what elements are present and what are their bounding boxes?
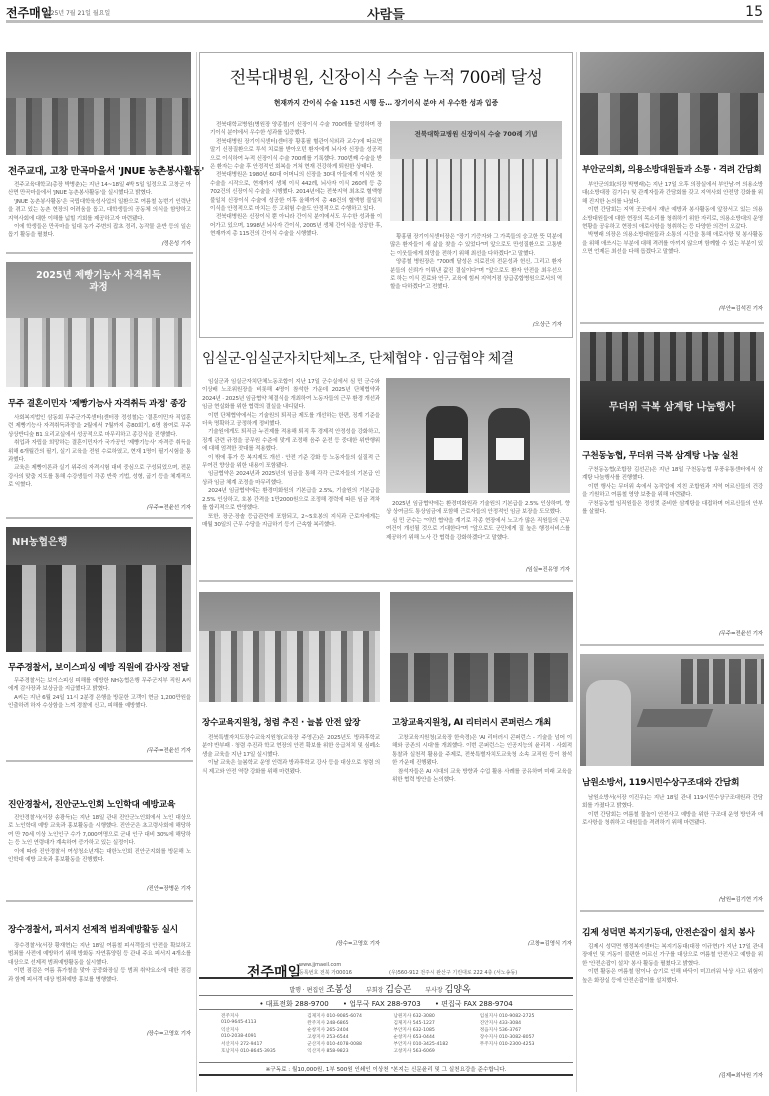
branch-entry: 익산지사 858-9823 — [307, 1048, 393, 1055]
article-body: 구천동농협(조합장 김선곤)은 지난 18일 구천동농협 무풍유통센터에서 삼계… — [582, 466, 763, 626]
photo-banner-text: NH농협은행 — [12, 533, 67, 548]
feature-subheadline: 현재까지 간이식 수술 115건 시행 등… 장기이식 분야 서 우수한 성과 … — [200, 97, 572, 107]
byline: /남원=김기현 기자 — [582, 896, 763, 905]
byline: /진안=장병운 기자 — [8, 885, 191, 894]
page-number: 15 — [745, 4, 763, 20]
article-headline: 고창교육지원청, AI 리터러시 콘퍼런스 개최 — [392, 716, 551, 728]
photo-banner-text: 전북대학교병원 신장이식 수술 700례 기념 — [390, 129, 562, 138]
branch-entry: 010-9645-4113 — [221, 1020, 307, 1027]
colophon: 전주매일 www.jjmaeil.com 등록번호 전북 가00016 (우)5… — [199, 958, 573, 1078]
article-paragraph: 또한, 장군·장솔 등급관련에 포함되고, 2~5호봉의 지식과 근로자에게는 … — [202, 513, 380, 530]
article-photo — [390, 592, 573, 702]
article-separator — [199, 580, 573, 582]
branch-entry: 순창지사 265-2404 — [307, 1027, 393, 1034]
byline: /무주=전윤선 기자 — [8, 504, 191, 513]
column-divider — [576, 52, 577, 1092]
main-phone: • 대표전화 288-9700 — [259, 1000, 328, 1008]
publisher-name: 조봉성 — [326, 985, 352, 995]
article-paragraph: 전북대병원은 1980년 60대 어머니의 신장을 30대 아들에게 이식한 첫… — [210, 171, 382, 213]
conference-table — [637, 709, 714, 727]
branch-office-list: 전주지사 김제지사 010-9085-6074 남원지사 632-3080 임실… — [221, 1013, 566, 1055]
article-paragraph: 전북특별자치도장수교육지원청(교육장 주영곤)은 2025년도 방과후학교 분야… — [202, 734, 380, 759]
article-photo: 2025년 제빵기능사 자격취득 과정 — [6, 262, 191, 387]
event-attendees — [580, 332, 764, 381]
article-paragraph: 이에 학생들은 만곡마을 일대 농가 주변의 잡초 정리, 농작물 운반 등의 … — [8, 223, 191, 240]
column-divider — [196, 52, 197, 1092]
vice-president-label: 부사장 — [425, 987, 442, 994]
article-paragraph: 2025년 임금협약에는 환경미화원과 기술원의 기본급을 2.5% 인상하며,… — [386, 500, 570, 517]
colophon-rule — [199, 977, 573, 979]
article-paragraph: 황홍필 장기이식센터장은 "장기 기증자와 그 가족들의 숭고한 뜻 덕분에 많… — [390, 233, 562, 258]
article-photo — [580, 52, 764, 155]
branch-entry: 김제지사 545-1227 — [394, 1020, 480, 1027]
article-headline: 전주교대, 고창 만곡마을서 'JNUE 농촌봉사활동' — [8, 163, 204, 177]
branch-entry: 익산지사 — [221, 1027, 307, 1034]
article-paragraph: 사회복지법인 삼동회 무주군가족센터(센터장 정성철)는 '결혼이민자 직업훈련… — [8, 414, 191, 439]
phone-numbers: • 대표전화 288-9700 • 업무국 FAX 288-9703 • 편집국… — [199, 999, 573, 1009]
article-paragraph: 이번 간담회는 지역 곳곳에서 재난 예방과 봉사활동에 앞장서고 있는 의용소… — [582, 206, 763, 231]
article-paragraph: 전북대병원 장기이식센터(센터장 황홍필 혈관이식외과 교수)에 따르면 말기 … — [210, 138, 382, 172]
branch-entry: 순창지사 653-0444 — [394, 1034, 480, 1041]
article-paragraph: 이번 간담회는 여름철 물놀이 안전사고 예방을 위한 구조대 운영 방안과 애… — [582, 811, 763, 828]
subscription-footer: ※구독료 : 월10,000원, 1부 500원 인쇄인 이상천 "본지는 신문… — [199, 1065, 573, 1073]
article-body: 사회복지법인 삼동회 무주군가족센터(센터장 정성철)는 '결혼이민자 직업훈련… — [8, 414, 191, 506]
branch-entry: 호남지사 010-8645-3935 — [221, 1048, 307, 1055]
lead-body-left: 임실군과 임실군자치단체노동조합이 지난 17일 군수실에서 심 민 군수와 이… — [202, 378, 380, 578]
article-paragraph: 심 민 군수는 "이번 협약을 계기로 각종 현장에서 노고가 많은 직원들의 … — [386, 517, 570, 542]
byline: /김제=최낙원 기자 — [582, 1072, 763, 1081]
article-photo: NH농협은행 — [6, 527, 191, 652]
colophon-logo: 전주매일 — [247, 962, 301, 982]
registration-number: 등록번호 전북 가00016 — [299, 969, 352, 976]
branch-entry: 김제지사 010-9085-6074 — [307, 1013, 393, 1020]
feature-body-left: 전북대학교병원(병원장 양종철)이 신장이식 수술 700례를 달성하며 장기이… — [210, 121, 382, 329]
branch-entry: 부안지사 010-3425-4182 — [394, 1041, 480, 1048]
byline: /무주=전윤선 기자 — [8, 747, 191, 756]
article-separator — [580, 644, 764, 646]
byline: /고창=김영식 기자 — [392, 940, 572, 949]
article-body: 무주경찰서는 보이스피싱 피해를 예방한 NH농협은행 무주군지부 직원 A씨에… — [8, 677, 191, 750]
feature-photo: 전북대학교병원 신장이식 수술 700례 기념 — [390, 121, 562, 221]
branch-entry: 무주지사 010-2300-4253 — [480, 1041, 566, 1048]
photo-banner-text: 2025년 제빵기능사 자격취득 과정 — [6, 270, 191, 294]
article-paragraph: 기술원에게도 퇴직금 누진제를 적용해 퇴직 후 경제적 안정성을 강화하고, … — [202, 428, 380, 453]
person-seated — [586, 680, 631, 766]
article-body: 남원소방서(서장 이진우)는 지난 18일 관내 119시민수상구조대원과 간담… — [582, 794, 763, 899]
branch-entry: 진안지사 433-3084 — [480, 1020, 566, 1027]
article-headline: 김제 성덕면 복지기동대, 안전손잡이 설치 봉사 — [582, 925, 755, 938]
feature-article-box: 전북대병원, 신장이식 수술 누적 700례 달성 현재까지 간이식 수술 11… — [199, 52, 573, 338]
article-paragraph: 장수경찰서(서장 황재현)는 지난 18일 여름철 피서객들의 안전을 확보하고… — [8, 942, 191, 967]
group-photo-people — [390, 159, 562, 221]
article-headline: 장수경찰서, 피서지 선제적 범죄예방활동 실시 — [8, 922, 178, 935]
branch-entry: 부안지사 632-1085 — [394, 1027, 480, 1034]
article-headline: 장수교육지원청, 청렴 추진 · 늘봄 안전 앞장 — [202, 716, 360, 728]
article-paragraph: 이번 점검은 여름 휴가철을 맞아 공중화장실 등 범죄 취약요소에 대한 점검… — [8, 967, 191, 984]
article-paragraph: 김제시 성덕면 행정복지센터는 복지기동대(대장 이규현)가 지난 17일 관내… — [582, 943, 763, 968]
article-paragraph: 이번 행사는 무더위 속에서 농작업에 지친 조합원과 지역 어르신들의 건강을… — [582, 483, 763, 500]
byline: /무주=전윤선 기자 — [582, 630, 763, 639]
article-paragraph: 진안경찰서(서장 송광득)는 지난 18일 관내 진안군노인회에서 노인 대상으… — [8, 814, 191, 848]
article-photo — [199, 592, 380, 702]
officers: 발행 · 편집인 조봉성 부회장 김승곤 부사장 김양옥 — [199, 982, 573, 995]
article-paragraph: 취업과 자립을 희망하는 결혼이민자가 국가공인 '제빵기능사' 자격증 취득을… — [8, 439, 191, 464]
article-photo — [6, 52, 191, 155]
article-paragraph: 양종철 병원장은 "700례 달성은 의료진의 전문성과 헌신, 그리고 환자분… — [390, 258, 562, 292]
group-photo-people — [199, 631, 380, 703]
branch-entry: 남원지사 632-3080 — [394, 1013, 480, 1020]
business-fax: • 업무국 FAX 288-9703 — [343, 1000, 421, 1008]
vice-chair-name: 김승곤 — [385, 985, 411, 995]
article-separator — [580, 322, 764, 324]
rescue-team-members — [681, 659, 764, 704]
article-headline: 부안군의회, 의용소방대원들과 소통 · 격려 간담회 — [582, 163, 761, 175]
article-paragraph: 이에 따라 진안경찰서 여성청소년계는 대한노인회 진안군지회를 방문해 노인학… — [8, 848, 191, 865]
address: (우)560-912 전주시 완산구 기린대로 222 4층 (서노송동) — [389, 969, 517, 976]
article-photo — [580, 654, 764, 766]
colophon-rule — [199, 1074, 573, 1076]
article-headline: 구천동농협, 무더위 극복 삼계탕 나눔 실천 — [582, 448, 738, 461]
article-separator — [580, 910, 764, 912]
issue-date: 2025년 7월 21일 월요일 — [43, 8, 110, 17]
byline: /장수=고영호 기자 — [8, 1030, 191, 1039]
branch-entry: 고창지사 253-6544 — [307, 1034, 393, 1041]
group-photo-people — [6, 318, 191, 387]
article-body: 김제시 성덕면 행정복지센터는 복지기동대(대장 이규현)가 지난 17일 관내… — [582, 943, 763, 1073]
colophon-rule — [199, 1062, 573, 1063]
article-paragraph: 구천동농협(조합장 김선곤)은 지난 18일 구천동농협 무풍유통센터에서 삼계… — [582, 466, 763, 483]
lead-headline: 임실군-임실군자치단체노조, 단체협약 · 임금협약 체결 — [202, 348, 514, 368]
article-paragraph: 전북대병원은 신장이식 뿐 아니라 간이식 분야에서도 우수한 성과를 이어가고… — [210, 213, 382, 238]
branch-entry: 정읍지사 536-3767 — [480, 1027, 566, 1034]
article-headline: 무주경찰서, 보이스피싱 예방 직원에 감사장 전달 — [8, 660, 189, 673]
byline: /정은성 기자 — [8, 240, 191, 249]
colophon-rule — [199, 1009, 573, 1010]
article-paragraph: 참석자들은 AI 시대의 교육 방향과 수업 활용 사례를 공유하며 미래 교육… — [392, 768, 572, 785]
article-separator — [6, 252, 193, 254]
byline: /오상근 기자 — [390, 321, 562, 330]
agreement-document — [496, 438, 524, 460]
byline: /장수=고영호 기자 — [202, 940, 380, 949]
editorial-fax: • 편집국 FAX 288-9704 — [435, 1000, 513, 1008]
article-separator — [6, 517, 193, 519]
branch-entry: 전주지사 — [221, 1013, 307, 1020]
branch-entry — [480, 1048, 566, 1055]
colophon-rule — [199, 995, 573, 996]
article-paragraph: 박병래 의장은 의용소방대원들과 소통의 시간을 통해 애로사항 및 봉사활동을… — [582, 231, 763, 256]
branch-entry: 010-2038-4091 — [221, 1034, 307, 1041]
photo-banner-text: 무더위 극복 삼계탕 나눔행사 — [580, 398, 764, 413]
article-paragraph: 임금협약은 2024년과 2025년의 임금을 통해 각각 근로자들의 기본급 … — [202, 470, 380, 487]
article-paragraph: 'JNUE 농촌봉사활동'은 국립대학육성사업의 일환으로 여름철 농번기 인력… — [8, 198, 191, 223]
article-paragraph: 임실군과 임실군자치단체노동조합이 지난 17일 군수실에서 심 민 군수와 이… — [202, 378, 380, 412]
branch-entry: 완주지사 248-6865 — [307, 1020, 393, 1027]
article-body: 장수경찰서(서장 황재현)는 지난 18일 여름철 피서객들의 안전을 확보하고… — [8, 942, 191, 1032]
article-paragraph: 부안군의회(의장 박병래)는 지난 17일 오후 의장실에서 부안남·여 의용소… — [582, 181, 763, 206]
article-headline: 남원소방서, 119시민수상구조대와 간담회 — [582, 775, 739, 788]
article-paragraph: 2024년 임금협약에는 환경미화원의 기본급을 2.5%, 기술원의 기본급을… — [202, 487, 380, 512]
website: www.jjmaeil.com — [299, 962, 341, 968]
article-body: 전주교육대학교(총장 박병춘)는 지난 14~18일 4박 5일 일정으로 고창… — [8, 181, 191, 249]
branch-entry: 고창지사 563-6069 — [394, 1048, 480, 1055]
vice-president-name: 김양옥 — [445, 985, 471, 995]
meeting-attendees — [580, 93, 764, 155]
article-headline: 무주 결혼이민자 '제빵기능사 자격취득 과정' 종강 — [8, 397, 186, 409]
group-photo-people — [6, 98, 191, 155]
lead-photo — [386, 378, 570, 493]
vice-chair-label: 부회장 — [366, 987, 383, 994]
conference-attendees — [390, 653, 573, 703]
feature-headline: 전북대병원, 신장이식 수술 누적 700례 달성 — [200, 63, 572, 88]
branch-entry: 장수지사 010-3082-8057 — [480, 1034, 566, 1041]
article-paragraph: 이번 단체협약에서는 기술원의 퇴직금 제도를 개선하는 한편, 징계 기준을 … — [202, 412, 380, 429]
article-paragraph: 전주교육대학교(총장 박병춘)는 지난 14~18일 4박 5일 일정으로 고창… — [8, 181, 191, 198]
article-paragraph: 무주경찰서는 보이스피싱 피해를 예방한 NH농협은행 무주군지부 직원 A씨에… — [8, 677, 191, 694]
article-body: 고창교육지원청(교육장 한숙경)은 'AI 리터러시 콘퍼런스 - 기술을 넘어… — [392, 734, 572, 948]
article-paragraph: A씨는 지난 6월 24일 11시 2분경 은행을 방문한 고객이 현금 1,2… — [8, 694, 191, 711]
article-paragraph: 고창교육지원청(교육장 한숙경)은 'AI 리터러시 콘퍼런스 - 기술을 넘어… — [392, 734, 572, 768]
group-photo-people — [6, 565, 191, 653]
branch-entry: 군산지사 010-4078-0088 — [307, 1041, 393, 1048]
article-paragraph: 이날 교육은 늘봄학교 운영 인력과 방과후학교 강사 등을 대상으로 청렴 의… — [202, 759, 380, 776]
byline: /임실=진유영 기자 — [386, 566, 570, 575]
article-paragraph: 교육은 제빵이론과 실기 위주의 자격시험 대비 중심으로 구성되었으며, 전문… — [8, 464, 191, 489]
article-body: 전북특별자치도장수교육지원청(교육장 주영곤)은 2025년도 방과후학교 분야… — [202, 734, 380, 948]
branch-entry: 임실지사 010-9082-2725 — [480, 1013, 566, 1020]
article-paragraph: 이번 활동은 여름철 땀이나 습기로 인해 바닥이 미끄러워 낙상 사고 위험이… — [582, 968, 763, 985]
article-headline: 진안경찰서, 진안군노인회 노인학대 예방교육 — [8, 797, 175, 810]
publisher-label: 발행 · 편집인 — [289, 987, 324, 994]
article-photo: 무더위 극복 삼계탕 나눔행사 — [580, 332, 764, 440]
masthead-rule — [6, 20, 763, 23]
feature-body-right: 황홍필 장기이식센터장은 "장기 기증자와 그 가족들의 숭고한 뜻 덕분에 많… — [390, 233, 562, 323]
article-paragraph: 전북대학교병원(병원장 양종철)이 신장이식 수술 700례를 달성하며 장기이… — [210, 121, 382, 138]
article-separator — [6, 760, 193, 762]
article-paragraph: 이 밖에 휴가 등 복지제도 개선 · 안전 기준 강화 등 노동자들의 실질적… — [202, 454, 380, 471]
article-body: 부안군의회(의장 박병래)는 지난 17일 오후 의장실에서 부안남·여 의용소… — [582, 181, 763, 311]
agreement-document — [434, 438, 462, 460]
article-paragraph: 구천동농협 임직원들은 정성껏 준비한 삼계탕을 대접하며 어르신들의 안부를 … — [582, 500, 763, 517]
article-paragraph: 남원소방서(서장 이진우)는 지난 18일 관내 119시민수상구조대원과 간담… — [582, 794, 763, 811]
byline: /부안=김석진 기자 — [582, 305, 763, 314]
lead-body-right: 2025년 임금협약에는 환경미화원과 기술원의 기본급을 2.5% 인상하며,… — [386, 500, 570, 568]
article-separator — [6, 900, 193, 902]
branch-entry: 서산지사 272-9417 — [221, 1041, 307, 1048]
article-body: 진안경찰서(서장 송광득)는 지난 18일 관내 진안군노인회에서 노인 대상으… — [8, 814, 191, 887]
